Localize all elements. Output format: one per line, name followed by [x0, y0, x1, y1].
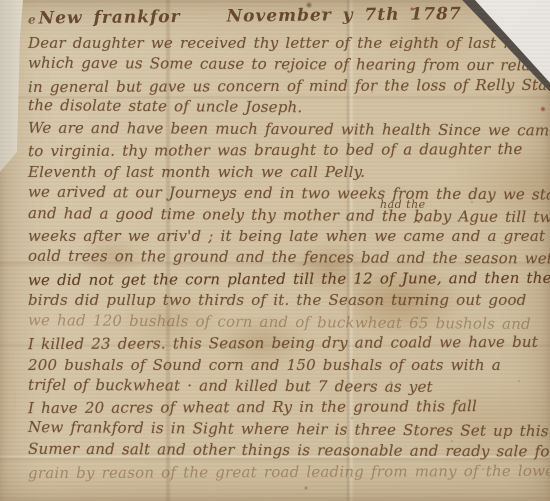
letter-line: and had a good time onely thy mother and… [28, 203, 524, 228]
letter-line: we did not get the corn planted till the… [28, 268, 524, 292]
letter-heading: e New frankfor November y 7th 1787 [28, 3, 524, 35]
letter-line: We are and have been much favoured with … [28, 117, 524, 141]
letter-text: e New frankfor November y 7th 1787 Dear … [28, 6, 524, 483]
flourish-mark: e [28, 13, 37, 27]
letter-line: Dear daughter we received thy letter of … [28, 33, 524, 54]
letter-line: we arived at our Journeys end in two wee… [28, 182, 524, 206]
letter-line: I have 20 acres of wheat and Ry in the g… [28, 396, 524, 420]
letter-line: which gave us Some cause to rejoice of h… [28, 53, 524, 77]
letter-line: weeks after we ariv'd ; it being late wh… [28, 226, 524, 247]
letter-line: 200 bushals of Sound corn and 150 bushal… [28, 355, 524, 376]
letter-date: November y 7th 1787 [226, 4, 461, 26]
letter-line: the disolate state of uncle Joseph. [28, 95, 524, 120]
letter-line: Sumer and salt and other things is reaso… [28, 439, 524, 463]
scan-canvas: e New frankfor November y 7th 1787 Dear … [0, 0, 550, 501]
inserted-words: had the [380, 198, 426, 211]
letter-line: grain by reason of the great road leadin… [28, 461, 524, 485]
letter-line: trifel of buckwheat · and killed but 7 d… [28, 375, 524, 399]
insertion-caret-mark: ^ [412, 218, 421, 231]
letter-line: birds did pullup two thirds of it. the S… [28, 290, 524, 311]
letter-line: to virginia. thy mother was braught to b… [28, 139, 524, 163]
letter-line: I killed 23 deers. this Season being dry… [28, 332, 524, 356]
letter-line: oald trees on the ground and the fences … [28, 246, 524, 270]
letter-place: New frankfor [39, 7, 181, 28]
letter-line: Eleventh of last month wich we call Pell… [28, 162, 524, 183]
letter-paper: e New frankfor November y 7th 1787 Dear … [0, 0, 550, 501]
